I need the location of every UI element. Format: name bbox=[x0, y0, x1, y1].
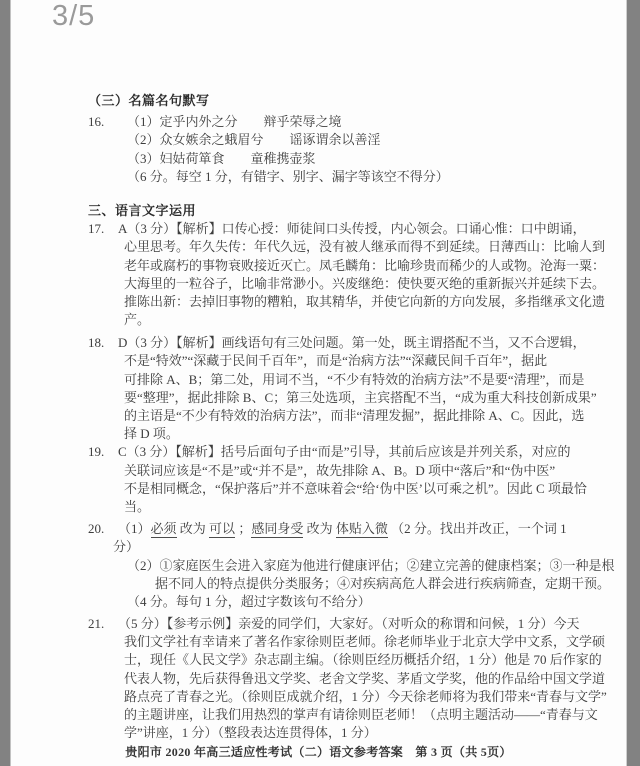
text-line: 老年或腐朽的事物衰败接近灭亡。凤毛麟角：比喻珍贵而稀少的人或物。沧海一粟： bbox=[88, 257, 566, 275]
text-line: 士，现任《人民文学》杂志副主编。（徐则臣经历概括介绍，1 分）他是 70 后作家… bbox=[88, 651, 566, 669]
question-number: 20. bbox=[88, 520, 118, 538]
question-block: 20.（1）必须 改为 可以 ；感同身受 改为 体贴入微 （2 分。找出并改正，… bbox=[88, 520, 566, 611]
section-heading: 三、语言文字运用 bbox=[88, 202, 566, 220]
question-block: 21.（5 分）【参考示例】亲爱的同学们，大家好。（对听众的称谓和问候，1 分）… bbox=[88, 615, 566, 742]
section-heading-text: （三）名篇名句默写 bbox=[88, 92, 566, 110]
text-line: 学”讲座，1 分）（整段表达连贯得体，1 分） bbox=[88, 724, 566, 742]
question-block: 17.A（3 分）【解析】口传心授：师徒间口头传授，内心领会。口诵心惟：口中朗诵… bbox=[88, 220, 566, 329]
text-line: 可排除 A、B；第二处，用词不当，“不少有特效的治病方法”不是要“清理”，而是 bbox=[88, 371, 566, 389]
document-page: 3/5 （三）名篇名句默写16.（1）定乎内外之分 辩乎荣辱之境（2）众女嫉余之… bbox=[10, 0, 627, 766]
section-heading: （三）名篇名句默写 bbox=[88, 92, 566, 110]
question-number: 21. bbox=[88, 615, 118, 633]
text-line: 18.D（3 分）【解析】画线语句有三处问题。第一处，既主谓搭配不当，又不合逻辑… bbox=[88, 334, 566, 352]
text-line: 不是相同概念，“保护落后”并不意味着会“给‘伪中医’以可乘之机”。因此 C 项最… bbox=[88, 480, 566, 498]
question-number: 17. bbox=[88, 220, 118, 238]
text-line: （4 分。每句 1 分，超过字数该句不给分） bbox=[88, 593, 566, 611]
question-number: 19. bbox=[88, 443, 118, 461]
text-line: 17.A（3 分）【解析】口传心授：师徒间口头传授，内心领会。口诵心惟：口中朗诵… bbox=[88, 220, 566, 238]
underlined-word: 可以 bbox=[209, 521, 235, 538]
text-line: 分） bbox=[88, 538, 566, 556]
section-heading-text: 三、语言文字运用 bbox=[88, 202, 566, 220]
text-line: 21.（5 分）【参考示例】亲爱的同学们，大家好。（对听众的称谓和问候，1 分）… bbox=[88, 615, 566, 633]
page-footer: 贵阳市 2020 年高三适应性考试（二）语文参考答案 第 3 页（共 5页） bbox=[10, 743, 627, 760]
text-line: 要“整理”，据此排除 B、C；第三处选项，主宾搭配不当，“成为重大科技创新成果” bbox=[88, 389, 566, 407]
page-indicator: 3/5 bbox=[52, 0, 95, 33]
text-line: 19.C（3 分）【解析】括号后面句子由“而是”引导，其前后应该是并列关系，对应… bbox=[88, 443, 566, 461]
underlined-word: 感同身受 bbox=[251, 521, 303, 538]
text-line: 的主语是“不少有特效的治病方法”，而非“清理发掘”，据此排除 A、C。因此，选 bbox=[88, 407, 566, 425]
text-line: 大海里的一粒谷子，比喻非常渺小。兴废继绝：使快要灭绝的重新振兴并延续下去。 bbox=[88, 275, 566, 293]
underlined-word: 体贴入微 bbox=[336, 521, 388, 538]
text-line: 我们文学社有幸请来了著名作家徐则臣老师。徐老师毕业于北京大学中文系，文学硕 bbox=[88, 633, 566, 651]
text-line: 产。 bbox=[88, 311, 566, 329]
question-block: 19.C（3 分）【解析】括号后面句子由“而是”引导，其前后应该是并列关系，对应… bbox=[88, 443, 566, 516]
text-line: 推陈出新：去掉旧事物的糟粕，取其精华，并使它向新的方向发展，多指继承文化遗 bbox=[88, 293, 566, 311]
text-line: （3）妇姑荷箪食 童稚携壶浆 bbox=[88, 150, 566, 168]
text-line: （2）众女嫉余之蛾眉兮 谣诼谓余以善淫 bbox=[88, 131, 566, 149]
text-line: 据不同人的特点提供分类服务；④对疾病高危人群会进行疾病筛查，定期干预。 bbox=[88, 575, 566, 593]
text-line: 不是“特效”“深藏于民间千百年”，而是“治病方法”“深藏民间千百年”，据此 bbox=[88, 352, 566, 370]
text-line: 择 D 项。 bbox=[88, 425, 566, 443]
answer-content: （三）名篇名句默写16.（1）定乎内外之分 辩乎荣辱之境（2）众女嫉余之蛾眉兮 … bbox=[88, 92, 566, 742]
text-line: 20.（1）必须 改为 可以 ；感同身受 改为 体贴入微 （2 分。找出并改正，… bbox=[88, 520, 566, 538]
text-line: 关联词应该是“不是”或“并不是”，故先排除 A、B。D 项中“落后”和“伪中医” bbox=[88, 462, 566, 480]
question-number: 16. bbox=[88, 113, 127, 131]
text-line: 16.（1）定乎内外之分 辩乎荣辱之境 bbox=[88, 113, 566, 131]
question-block: 18.D（3 分）【解析】画线语句有三处问题。第一处，既主谓搭配不当，又不合逻辑… bbox=[88, 334, 566, 443]
question-block: 16.（1）定乎内外之分 辩乎荣辱之境（2）众女嫉余之蛾眉兮 谣诼谓余以善淫（3… bbox=[88, 113, 566, 186]
text-line: 代表人物，先后获得鲁迅文学奖、老舍文学奖、茅盾文学奖，他的作品给中国文学道 bbox=[88, 670, 566, 688]
text-line: （2）①家庭医生会进入家庭为他进行健康评估；②建立完善的健康档案；③一种是根 bbox=[88, 557, 566, 575]
text-line: 路点亮了青春之光。（徐则臣成就介绍，1 分）今天徐老师将为我们带来“青春与文学” bbox=[88, 688, 566, 706]
text-line: （6 分。每空 1 分，有错字、别字、漏字等该空不得分） bbox=[88, 168, 566, 186]
underlined-word: 必须 bbox=[151, 521, 177, 538]
question-number: 18. bbox=[88, 334, 118, 352]
text-line: 的主题讲座，让我们用热烈的掌声有请徐则臣老师！（点明主题活动——“青春与文 bbox=[88, 706, 566, 724]
text-line: 当。 bbox=[88, 498, 566, 516]
text-line: 心里思考。年久失传：年代久远，没有被人继承而得不到延续。日薄西山：比喻人到 bbox=[88, 238, 566, 256]
